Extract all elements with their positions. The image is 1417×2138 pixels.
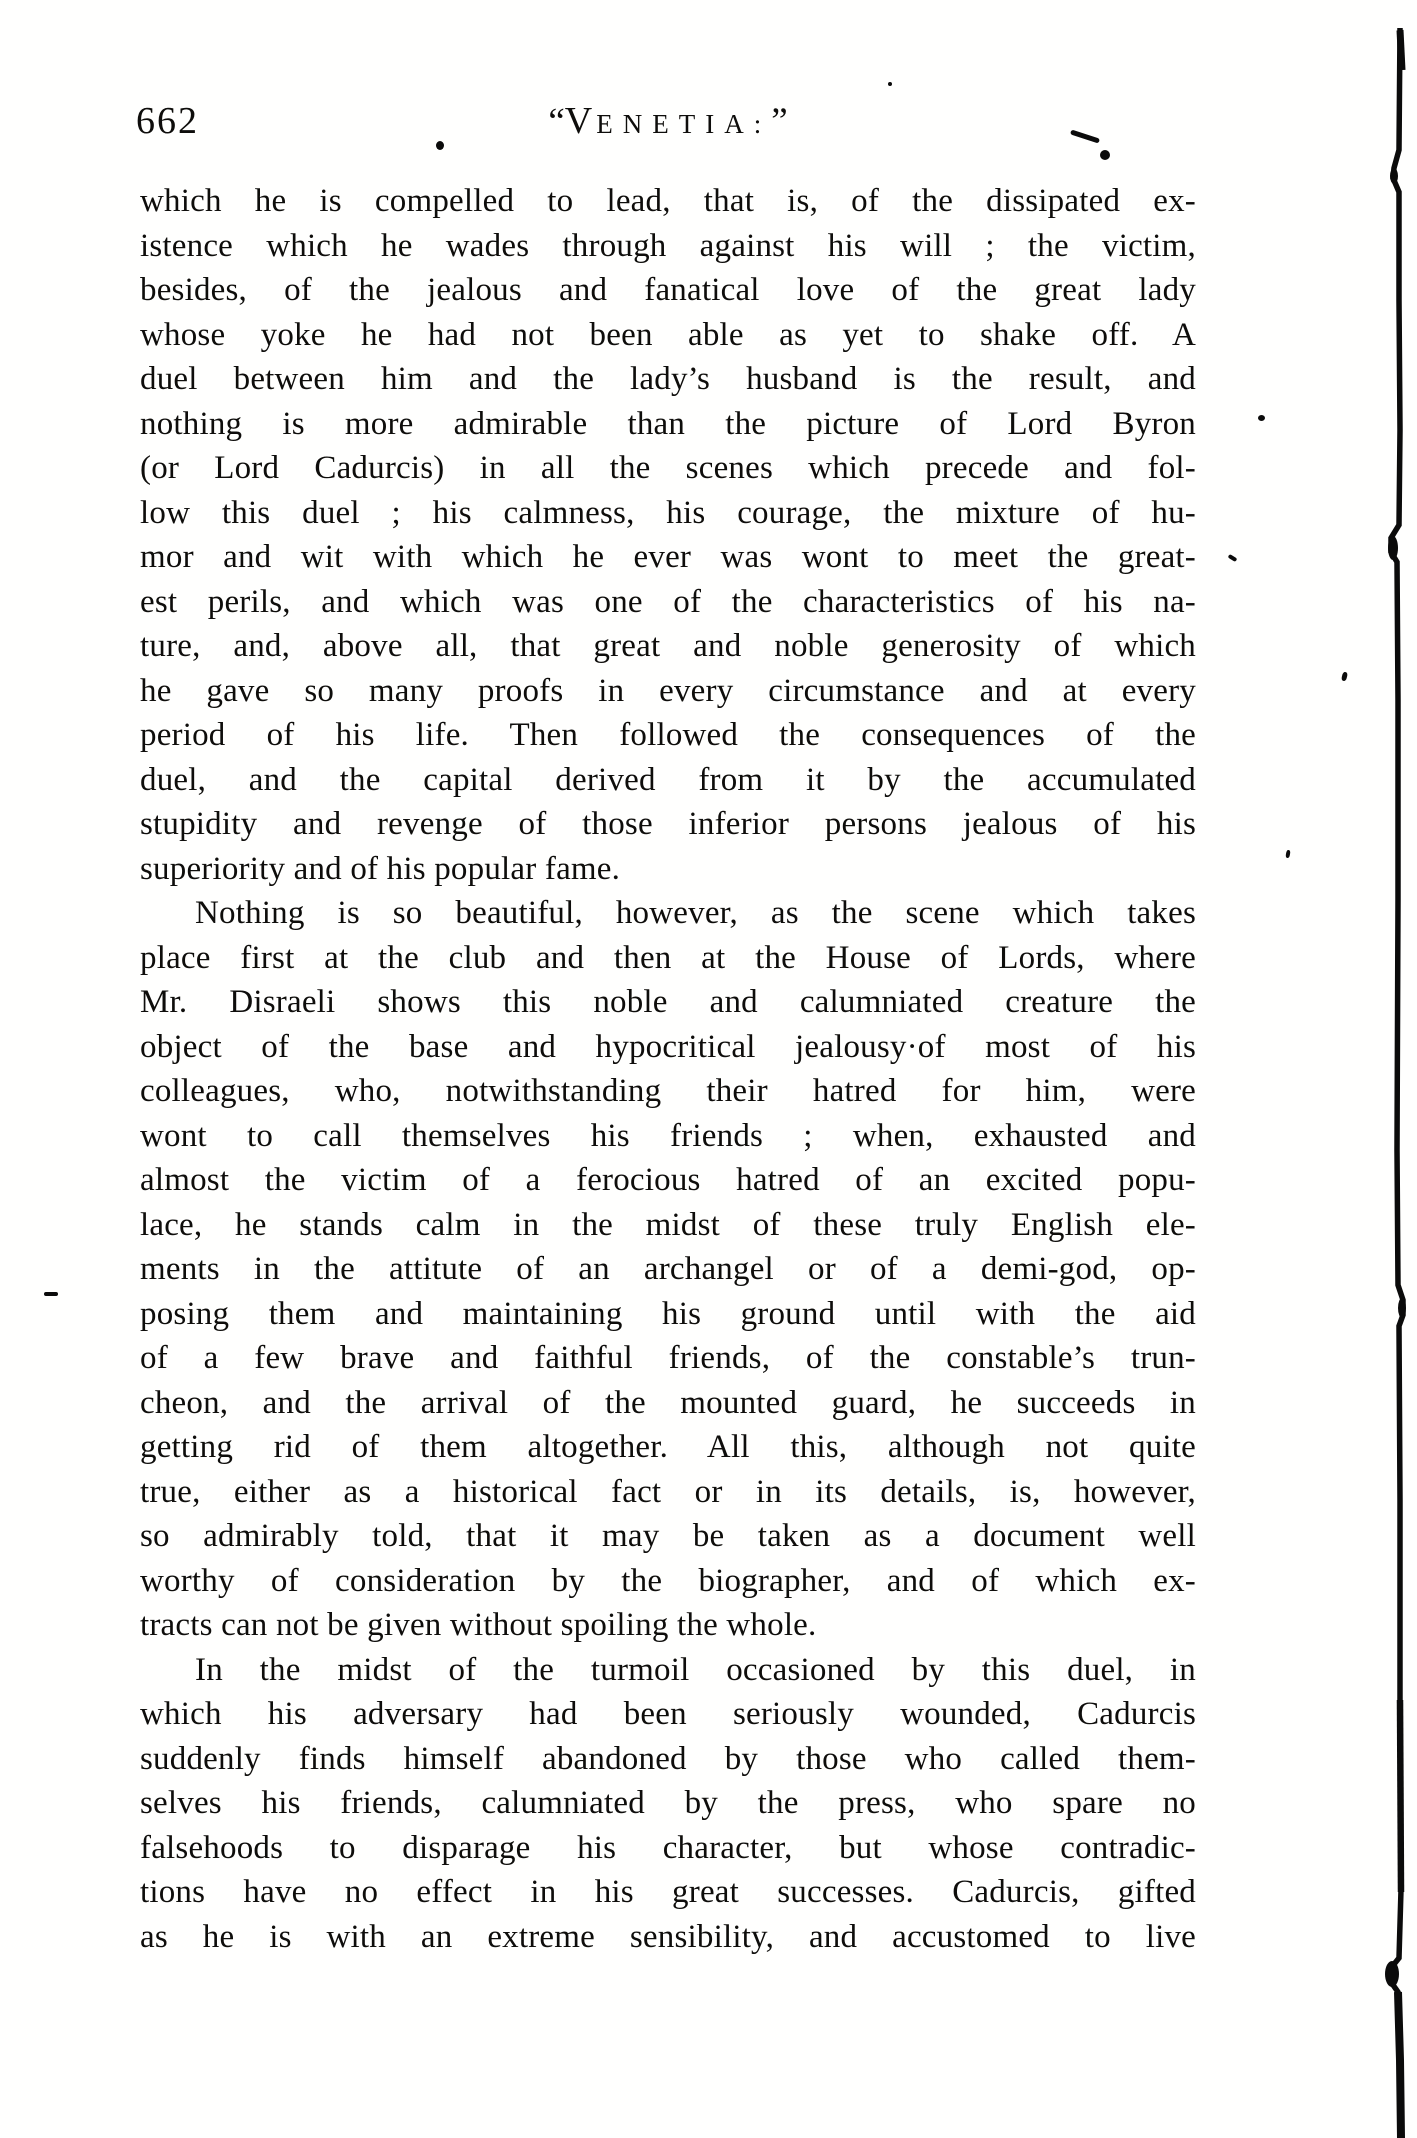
text-line: lace, he stands calm in the midst of the… bbox=[140, 1203, 1196, 1248]
text-line: est perils, and which was one of the cha… bbox=[140, 580, 1196, 625]
text-line: wont to call themselves his friends ; wh… bbox=[140, 1114, 1196, 1159]
ink-speck bbox=[888, 82, 892, 86]
text-line: cheon, and the arrival of the mounted gu… bbox=[140, 1381, 1196, 1426]
text-line: In the midst of the turmoil occasioned b… bbox=[140, 1648, 1196, 1693]
text-line: object of the base and hypocritical jeal… bbox=[140, 1025, 1196, 1070]
text-line: falsehoods to disparage his character, b… bbox=[140, 1826, 1196, 1871]
text-line: colleagues, who, notwithstanding their h… bbox=[140, 1069, 1196, 1114]
ink-speck bbox=[1228, 554, 1238, 562]
ink-speck bbox=[1100, 150, 1110, 160]
text-line: getting rid of them altogether. All this… bbox=[140, 1425, 1196, 1470]
text-line: place first at the club and then at the … bbox=[140, 936, 1196, 981]
text-line: suddenly finds himself abandoned by thos… bbox=[140, 1737, 1196, 1782]
text-line: low this duel ; his calmness, his courag… bbox=[140, 491, 1196, 536]
text-line: istence which he wades through against h… bbox=[140, 224, 1196, 269]
text-line: besides, of the jealous and fanatical lo… bbox=[140, 268, 1196, 313]
ink-speck bbox=[1285, 850, 1290, 859]
text-line: ture, and, above all, that great and nob… bbox=[140, 624, 1196, 669]
text-line: Mr. Disraeli shows this noble and calumn… bbox=[140, 980, 1196, 1025]
text-line: duel between him and the lady’s husband … bbox=[140, 357, 1196, 402]
text-line: period of his life. Then followed the co… bbox=[140, 713, 1196, 758]
text-line: of a few brave and faithful friends, of … bbox=[140, 1336, 1196, 1381]
text-line: ments in the attitute of an archangel or… bbox=[140, 1247, 1196, 1292]
text-line: so admirably told, that it may be taken … bbox=[140, 1514, 1196, 1559]
text-line: almost the victim of a ferocious hatred … bbox=[140, 1158, 1196, 1203]
text-line: whose yoke he had not been able as yet t… bbox=[140, 313, 1196, 358]
text-line: he gave so many proofs in every circumst… bbox=[140, 669, 1196, 714]
text-line: tions have no effect in his great succes… bbox=[140, 1870, 1196, 1915]
text-line: selves his friends, calumniated by the p… bbox=[140, 1781, 1196, 1826]
title-small-caps: ENETIA: bbox=[596, 109, 771, 139]
text-line: Nothing is so beautiful, however, as the… bbox=[140, 891, 1196, 936]
text-line: as he is with an extreme sensibility, an… bbox=[140, 1915, 1196, 1960]
text-line: superiority and of his popular fame. bbox=[140, 847, 1196, 892]
text-line: mor and wit with which he ever was wont … bbox=[140, 535, 1196, 580]
text-line: (or Lord Cadurcis) in all the scenes whi… bbox=[140, 446, 1196, 491]
text-line: which his adversary had been seriously w… bbox=[140, 1692, 1196, 1737]
text-line: tracts can not be given without spoiling… bbox=[140, 1603, 1196, 1648]
text-line: nothing is more admirable than the pictu… bbox=[140, 402, 1196, 447]
page-header: 662 “VENETIA:” bbox=[140, 98, 1196, 148]
ink-speck bbox=[436, 141, 444, 150]
ink-speck bbox=[1258, 415, 1265, 421]
page-body: which he is compelled to lead, that is, … bbox=[140, 179, 1196, 1959]
title-open-quote: “ bbox=[548, 101, 564, 142]
book-page-scan: 662 “VENETIA:” which he is compelled to … bbox=[0, 0, 1417, 2138]
text-line: which he is compelled to lead, that is, … bbox=[140, 179, 1196, 224]
ink-speck bbox=[44, 1292, 58, 1296]
ink-speck bbox=[1341, 672, 1348, 682]
text-line: worthy of consideration by the biographe… bbox=[140, 1559, 1196, 1604]
page-edge-line bbox=[1378, 0, 1417, 2138]
text-line: posing them and maintaining his ground u… bbox=[140, 1292, 1196, 1337]
title-close-quote: ” bbox=[771, 101, 787, 142]
title-initial: V bbox=[565, 100, 596, 142]
text-line: true, either as a historical fact or in … bbox=[140, 1470, 1196, 1515]
running-title: “VENETIA:” bbox=[140, 98, 1196, 147]
text-line: duel, and the capital derived from it by… bbox=[140, 758, 1196, 803]
text-line: stupidity and revenge of those inferior … bbox=[140, 802, 1196, 847]
